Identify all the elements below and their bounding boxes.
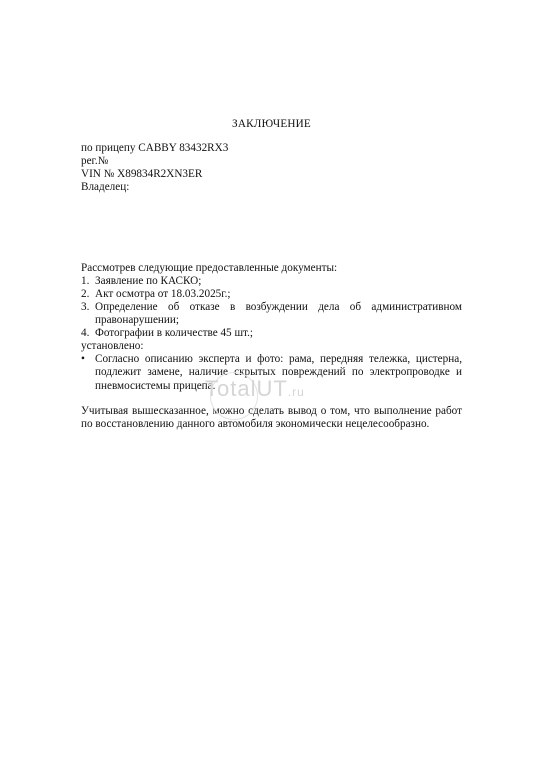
document-list-item: 1. Заявление по КАСКО; <box>81 275 462 288</box>
conclusion-paragraph: Учитывая вышесказанное, можно сделать вы… <box>81 405 462 432</box>
list-item-text: Фотографии в количестве 45 шт.; <box>95 327 462 340</box>
bullet-icon: • <box>81 353 85 366</box>
owner-line: Владелец: <box>81 181 129 194</box>
trailer-model-line: по прицепу CABBY 83432RX3 <box>81 142 228 155</box>
document-list-item: 2. Акт осмотра от 18.03.2025г.; <box>81 288 462 301</box>
finding-text: Согласно описанию эксперта и фото: рама,… <box>95 353 462 393</box>
document-list-item: 3. Определение об отказе в возбуждении д… <box>81 301 462 328</box>
document-list-item: 4. Фотографии в количестве 45 шт.; <box>81 327 462 340</box>
vin-line: VIN № X89834R2XN3ER <box>81 168 202 181</box>
list-number: 3. <box>81 301 89 314</box>
established-label: установлено: <box>81 340 144 353</box>
registration-line: рег.№ <box>81 155 108 168</box>
list-item-text-line2: правонарушении; <box>95 314 462 327</box>
list-number: 2. <box>81 288 89 301</box>
document-page: ЗАКЛЮЧЕНИЕ по прицепу CABBY 83432RX3 рег… <box>0 0 543 768</box>
list-number: 1. <box>81 275 89 288</box>
finding-item: • Согласно описанию эксперта и фото: рам… <box>81 353 462 393</box>
list-number: 4. <box>81 327 89 340</box>
list-item-text: Акт осмотра от 18.03.2025г.; <box>95 288 462 301</box>
list-item-text: Заявление по КАСКО; <box>95 275 462 288</box>
list-item-text-line1: Определение об отказе в возбуждении дела… <box>95 301 462 314</box>
intro-text: Рассмотрев следующие предоставленные док… <box>81 262 337 275</box>
document-title: ЗАКЛЮЧЕНИЕ <box>0 118 543 130</box>
